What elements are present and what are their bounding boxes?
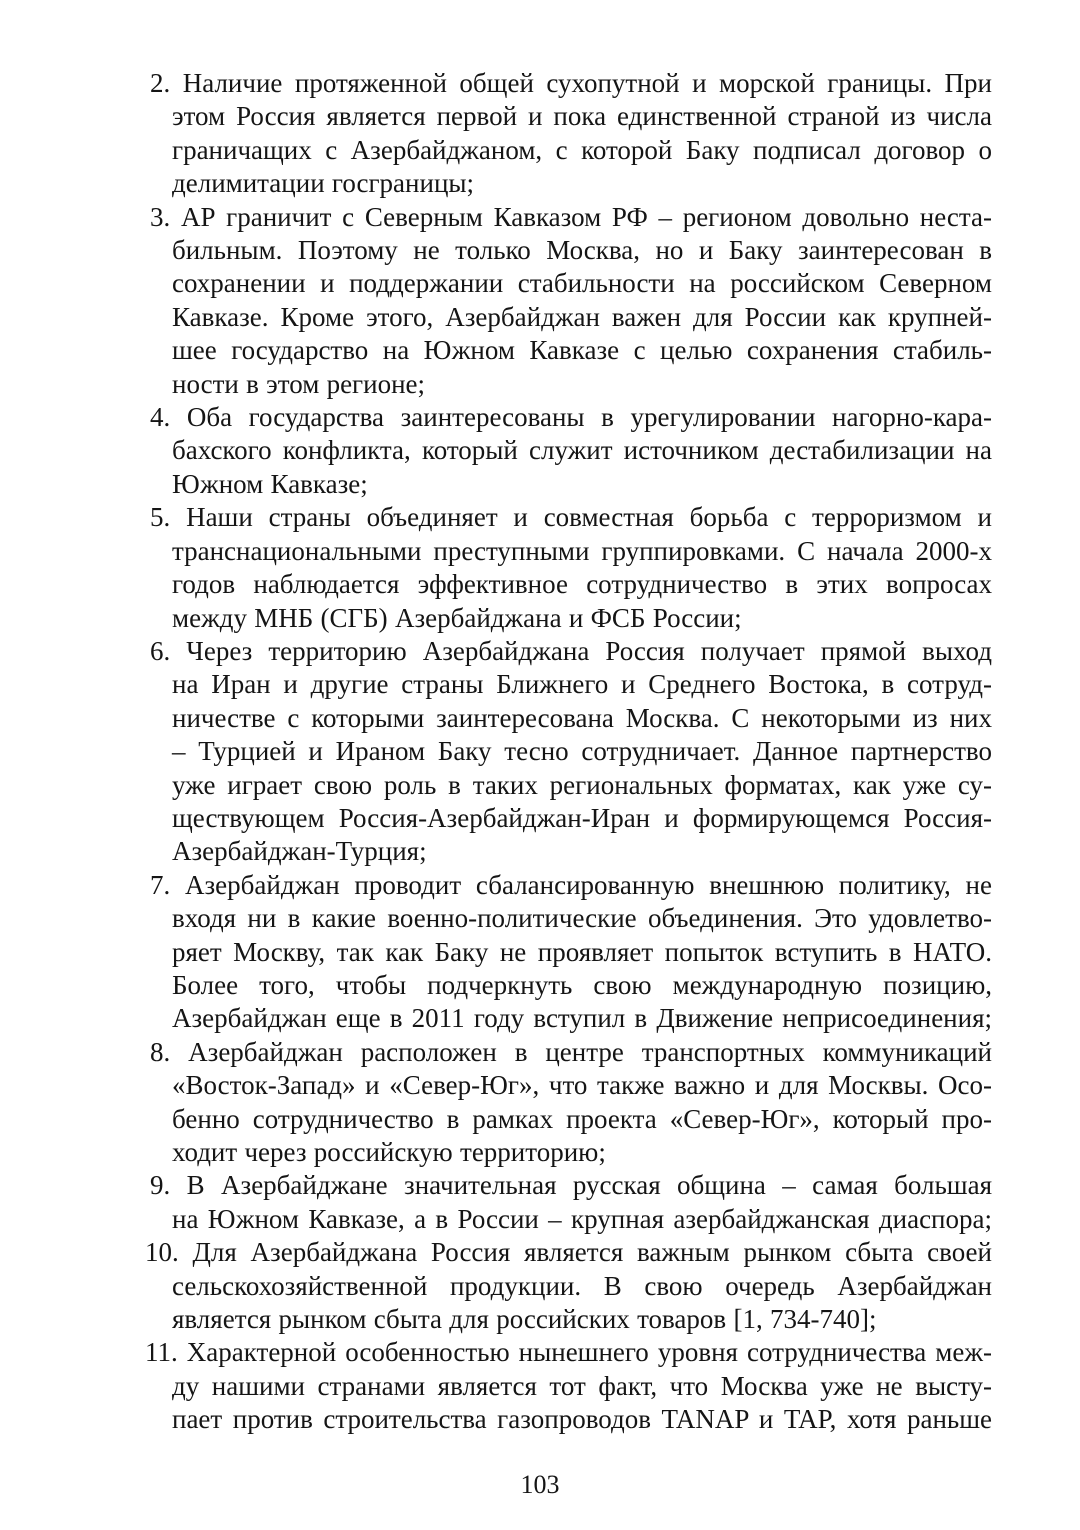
list-item: 2. Наличие протяженной общей сухопутной … bbox=[172, 67, 992, 201]
text-line: пает против строительства газопроводов T… bbox=[172, 1403, 992, 1436]
item-line-text: годов наблюдается эффективное сотрудниче… bbox=[172, 569, 992, 599]
text-line: – Турцией и Ираном Баку тесно сотруднича… bbox=[172, 735, 992, 768]
item-line-text: бахского конфликта, который служит источ… bbox=[172, 435, 992, 465]
text-line: шее государство на Южном Кавказе с целью… bbox=[172, 334, 992, 367]
item-line-text: ду нашими странами является тот факт, чт… bbox=[172, 1371, 992, 1401]
item-line-text: Азербайджан-Турция; bbox=[172, 836, 427, 866]
item-number: 9. bbox=[150, 1170, 170, 1200]
item-number: 10. bbox=[145, 1237, 179, 1267]
text-line: бильным. Поэтому не только Москва, но и … bbox=[172, 234, 992, 267]
item-number: 3. bbox=[150, 202, 170, 232]
list-item: 8. Азербайджан расположен в центре транс… bbox=[172, 1036, 992, 1170]
item-number: 7. bbox=[150, 870, 170, 900]
item-line-text: – Турцией и Ираном Баку тесно сотруднича… bbox=[172, 736, 992, 766]
page-content: 2. Наличие протяженной общей сухопутной … bbox=[172, 67, 992, 1437]
text-line: годов наблюдается эффективное сотрудниче… bbox=[172, 568, 992, 601]
item-line-text: транснациональными преступными группиров… bbox=[172, 536, 992, 566]
item-number: 2. bbox=[150, 68, 170, 98]
text-line: 9. В Азербайджане значительная русская о… bbox=[172, 1169, 992, 1202]
item-line-text: уже играет свою роль в таких региональны… bbox=[172, 770, 992, 800]
item-line-text: Наличие протяженной общей сухопутной и м… bbox=[183, 68, 992, 98]
item-line-text: бильным. Поэтому не только Москва, но и … bbox=[172, 235, 992, 265]
item-line-text: ряет Москву, так как Баку не проявляет п… bbox=[172, 937, 992, 967]
text-line: Более того, чтобы подчеркнуть свою между… bbox=[172, 969, 992, 1002]
item-line-text: этом Россия является первой и пока единс… bbox=[172, 101, 992, 131]
text-line: бахского конфликта, который служит источ… bbox=[172, 434, 992, 467]
item-line-text: Характерной особенностью нынешнего уровн… bbox=[187, 1337, 992, 1367]
item-line-text: шее государство на Южном Кавказе с целью… bbox=[172, 335, 992, 365]
item-line-text: между МНБ (СГБ) Азербайджана и ФСБ Росси… bbox=[172, 603, 742, 633]
text-line: делимитации госграницы; bbox=[172, 167, 992, 200]
text-line: 7. Азербайджан проводит сбалансированную… bbox=[172, 869, 992, 902]
item-line-text: является рынком сбыта для российских тов… bbox=[172, 1304, 876, 1334]
item-line-text: сохранении и поддержании стабильности на… bbox=[172, 268, 992, 298]
text-line: на Южном Кавказе, а в России – крупная а… bbox=[172, 1203, 992, 1236]
item-line-text: Азербайджан еще в 2011 году вступил в Дв… bbox=[172, 1003, 992, 1033]
page-number: 103 bbox=[0, 1468, 1080, 1501]
text-line: 10. Для Азербайджана Россия является важ… bbox=[172, 1236, 992, 1269]
text-line: 6. Через территорию Азербайджана Россия … bbox=[172, 635, 992, 668]
text-line: сельскохозяйственной продукции. В свою о… bbox=[172, 1270, 992, 1303]
text-line: 3. АР граничит с Северным Кавказом РФ – … bbox=[172, 201, 992, 234]
item-line-text: Азербайджан расположен в центре транспор… bbox=[188, 1037, 992, 1067]
text-line: ходит через российскую территорию; bbox=[172, 1136, 992, 1169]
text-line: ряет Москву, так как Баку не проявляет п… bbox=[172, 936, 992, 969]
item-line-text: Через территорию Азербайджана Россия пол… bbox=[186, 636, 992, 666]
item-number: 4. bbox=[150, 402, 170, 432]
text-line: ности в этом регионе; bbox=[172, 368, 992, 401]
item-number: 11. bbox=[145, 1337, 178, 1367]
book-page: 2. Наличие протяженной общей сухопутной … bbox=[0, 0, 1080, 1530]
item-line-text: ничестве с которыми заинтересована Москв… bbox=[172, 703, 992, 733]
text-line: Южном Кавказе; bbox=[172, 468, 992, 501]
text-line: граничащих с Азербайджаном, с которой Ба… bbox=[172, 134, 992, 167]
text-line: 11. Характерной особенностью нынешнего у… bbox=[172, 1336, 992, 1369]
item-line-text: бенно сотрудничество в рамках проекта «С… bbox=[172, 1104, 992, 1134]
list-item: 6. Через территорию Азербайджана Россия … bbox=[172, 635, 992, 869]
text-line: Азербайджан еще в 2011 году вступил в Дв… bbox=[172, 1002, 992, 1035]
text-line: Азербайджан-Турция; bbox=[172, 835, 992, 868]
text-line: «Восток-Запад» и «Север-Юг», что также в… bbox=[172, 1069, 992, 1102]
item-line-text: ществующем Россия-Азербайджан-Иран и фор… bbox=[172, 803, 992, 833]
list-item: 7. Азербайджан проводит сбалансированную… bbox=[172, 869, 992, 1036]
text-line: Кавказе. Кроме этого, Азербайджан важен … bbox=[172, 301, 992, 334]
item-line-text: Южном Кавказе; bbox=[172, 469, 368, 499]
item-line-text: делимитации госграницы; bbox=[172, 168, 474, 198]
text-line: 2. Наличие протяженной общей сухопутной … bbox=[172, 67, 992, 100]
item-line-text: Для Азербайджана Россия является важным … bbox=[193, 1237, 992, 1267]
text-line: ществующем Россия-Азербайджан-Иран и фор… bbox=[172, 802, 992, 835]
item-line-text: на Южном Кавказе, а в России – крупная а… bbox=[172, 1204, 992, 1234]
text-line: ду нашими странами является тот факт, чт… bbox=[172, 1370, 992, 1403]
list-item: 4. Оба государства заинтересованы в урег… bbox=[172, 401, 992, 501]
text-line: ничестве с которыми заинтересована Москв… bbox=[172, 702, 992, 735]
text-line: 4. Оба государства заинтересованы в урег… bbox=[172, 401, 992, 434]
text-line: уже играет свою роль в таких региональны… bbox=[172, 769, 992, 802]
text-line: входя ни в какие военно-политические объ… bbox=[172, 902, 992, 935]
item-line-text: пает против строительства газопроводов T… bbox=[172, 1404, 992, 1434]
text-line: 5. Наши страны объединяет и совместная б… bbox=[172, 501, 992, 534]
item-line-text: Оба государства заинтересованы в урегули… bbox=[187, 402, 992, 432]
text-line: бенно сотрудничество в рамках проекта «С… bbox=[172, 1103, 992, 1136]
item-line-text: Кавказе. Кроме этого, Азербайджан важен … bbox=[172, 302, 992, 332]
item-line-text: ходит через российскую территорию; bbox=[172, 1137, 606, 1167]
item-line-text: Азербайджан проводит сбалансированную вн… bbox=[185, 870, 992, 900]
list-item: 10. Для Азербайджана Россия является важ… bbox=[172, 1236, 992, 1336]
item-line-text: АР граничит с Северным Кавказом РФ – рег… bbox=[181, 202, 992, 232]
text-line: сохранении и поддержании стабильности на… bbox=[172, 267, 992, 300]
item-number: 5. bbox=[150, 502, 170, 532]
item-line-text: на Иран и другие страны Ближнего и Средн… bbox=[172, 669, 992, 699]
item-line-text: В Азербайджане значительная русская общи… bbox=[187, 1170, 992, 1200]
numbered-list: 2. Наличие протяженной общей сухопутной … bbox=[172, 67, 992, 1437]
item-line-text: «Восток-Запад» и «Север-Юг», что также в… bbox=[172, 1070, 992, 1100]
text-line: на Иран и другие страны Ближнего и Средн… bbox=[172, 668, 992, 701]
text-line: является рынком сбыта для российских тов… bbox=[172, 1303, 992, 1336]
item-number: 6. bbox=[150, 636, 170, 666]
item-line-text: сельскохозяйственной продукции. В свою о… bbox=[172, 1271, 992, 1301]
text-line: 8. Азербайджан расположен в центре транс… bbox=[172, 1036, 992, 1069]
text-line: транснациональными преступными группиров… bbox=[172, 535, 992, 568]
item-line-text: граничащих с Азербайджаном, с которой Ба… bbox=[172, 135, 992, 165]
item-line-text: ности в этом регионе; bbox=[172, 369, 425, 399]
list-item: 3. АР граничит с Северным Кавказом РФ – … bbox=[172, 201, 992, 401]
item-line-text: Наши страны объединяет и совместная борь… bbox=[186, 502, 992, 532]
list-item: 5. Наши страны объединяет и совместная б… bbox=[172, 501, 992, 635]
list-item: 11. Характерной особенностью нынешнего у… bbox=[172, 1336, 992, 1436]
item-number: 8. bbox=[150, 1037, 170, 1067]
item-line-text: Более того, чтобы подчеркнуть свою между… bbox=[172, 970, 992, 1000]
text-line: этом Россия является первой и пока единс… bbox=[172, 100, 992, 133]
list-item: 9. В Азербайджане значительная русская о… bbox=[172, 1169, 992, 1236]
item-line-text: входя ни в какие военно-политические объ… bbox=[172, 903, 992, 933]
text-line: между МНБ (СГБ) Азербайджана и ФСБ Росси… bbox=[172, 602, 992, 635]
